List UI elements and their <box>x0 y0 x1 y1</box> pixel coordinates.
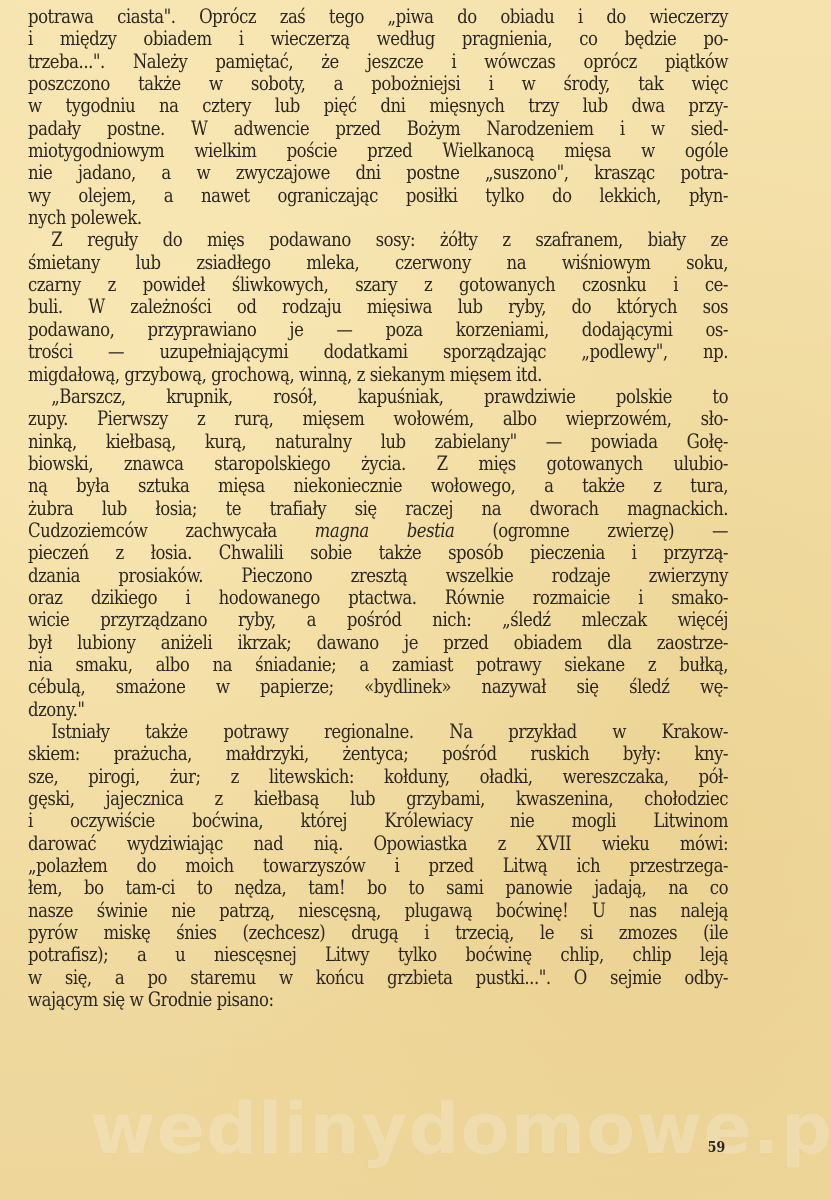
text-segment: Cudzoziemców zachwycała <box>28 519 315 542</box>
text-line: darować wydziwiając nad nią. Opowiastka … <box>28 833 728 855</box>
text-line: śmietany lub zsiadłego mleka, czerwony n… <box>28 252 728 274</box>
text-line: potrawa ciasta". Oprócz zaś tego „piwa d… <box>28 6 728 28</box>
text-line: migdałową, grzybową, grochową, winną, z … <box>28 364 728 386</box>
text-line: czarny z powideł śliwkowych, szary z got… <box>28 274 728 296</box>
text-line: biowski, znawca staropolskiego życia. Z … <box>28 453 728 475</box>
book-page: potrawa ciasta". Oprócz zaś tego „piwa d… <box>28 6 728 1011</box>
text-line: ninką, kiełbasą, kurą, naturalny lub zab… <box>28 431 728 453</box>
text-line: „polazłem do moich towarzyszów i przed L… <box>28 855 728 877</box>
text-line: trzeba...". Należy pamiętać, że jeszcze … <box>28 51 728 73</box>
text-line: wicie przyrządzano ryby, a pośród nich: … <box>28 609 728 631</box>
text-line: padały postne. W adwencie przed Bożym Na… <box>28 118 728 140</box>
watermark: wedlinydomowe.pl <box>90 1088 743 1170</box>
text-segment: (ogromne zwierzę) — <box>454 519 728 542</box>
text-line: łem, bo tam-ci to nędza, tam! bo to sami… <box>28 877 728 899</box>
text-line: potrafisz); a u niescęsnej Litwy tylko b… <box>28 944 728 966</box>
paragraph: Istniały także potrawy regionalne. Na pr… <box>28 721 728 1011</box>
text-line: podawano, przyprawiano je — poza korzeni… <box>28 319 728 341</box>
page-text-body: potrawa ciasta". Oprócz zaś tego „piwa d… <box>28 6 728 1011</box>
text-line: i między obiadem i wieczerzą według prag… <box>28 28 728 50</box>
text-line: trości — uzupełniającymi dodatkami sporz… <box>28 341 728 363</box>
text-line: w się, a po staremu w końcu grzbieta pus… <box>28 967 728 989</box>
text-line: gęski, jajecznica z kiełbasą lub grzybam… <box>28 788 728 810</box>
text-line: cébulą, smażone w papierze; «bydlinek» n… <box>28 676 728 698</box>
text-line: „Barszcz, krupnik, rosół, kapuśniak, pra… <box>28 386 728 408</box>
paragraph: Z reguły do mięs podawano sosy: żółty z … <box>28 229 728 385</box>
text-line: zupy. Pierwszy z rurą, mięsem wołowém, a… <box>28 408 728 430</box>
text-line: oraz dzikiego i hodowanego ptactwa. Równ… <box>28 587 728 609</box>
text-line: miotygodniowym wielkim poście przed Wiel… <box>28 140 728 162</box>
text-line: pieczeń z łosia. Chwalili sobie także sp… <box>28 542 728 564</box>
page-number: 59 <box>708 1138 726 1156</box>
text-line: buli. W zależności od rodzaju mięsiwa lu… <box>28 296 728 318</box>
paragraph: „Barszcz, krupnik, rosół, kapuśniak, pra… <box>28 386 728 721</box>
italic-phrase: magna bestia <box>315 519 455 542</box>
text-line: nia smaku, albo na śniadanie; a zamiast … <box>28 654 728 676</box>
text-line: wającym się w Grodnie pisano: <box>28 989 728 1011</box>
text-line: skiem: prażucha, małdrzyki, żentyca; poś… <box>28 743 728 765</box>
text-line: Cudzoziemców zachwycała magna bestia (og… <box>28 520 728 542</box>
text-line: w tygodniu na cztery lub pięć dni mięsny… <box>28 95 728 117</box>
text-line: Istniały także potrawy regionalne. Na pr… <box>28 721 728 743</box>
text-line: nych polewek. <box>28 207 728 229</box>
text-line: wy olejem, a nawet ograniczając posiłki … <box>28 185 728 207</box>
text-line: dzania prosiaków. Pieczono zresztą wszel… <box>28 565 728 587</box>
paragraph: potrawa ciasta". Oprócz zaś tego „piwa d… <box>28 6 728 229</box>
text-line: był lubiony aniżeli ikrzak; dawano je pr… <box>28 632 728 654</box>
text-line: i oczywiście boćwina, której Królewiacy … <box>28 810 728 832</box>
text-line: sze, pirogi, żur; z litewskich: kołduny,… <box>28 766 728 788</box>
text-line: pyrów miskę śnies (zechcesz) drugą i trz… <box>28 922 728 944</box>
text-line: żubra lub łosia; te trafiały się raczej … <box>28 498 728 520</box>
text-line: poszczono także w soboty, a pobożniejsi … <box>28 73 728 95</box>
text-line: dzony." <box>28 699 728 721</box>
text-line: nasze świnie nie patrzą, niescęsną, plug… <box>28 900 728 922</box>
text-line: ną była sztuka mięsa niekoniecznie wołow… <box>28 475 728 497</box>
text-line: Z reguły do mięs podawano sosy: żółty z … <box>28 229 728 251</box>
text-line: nie jadano, a w zwyczajowe dni postne „s… <box>28 162 728 184</box>
